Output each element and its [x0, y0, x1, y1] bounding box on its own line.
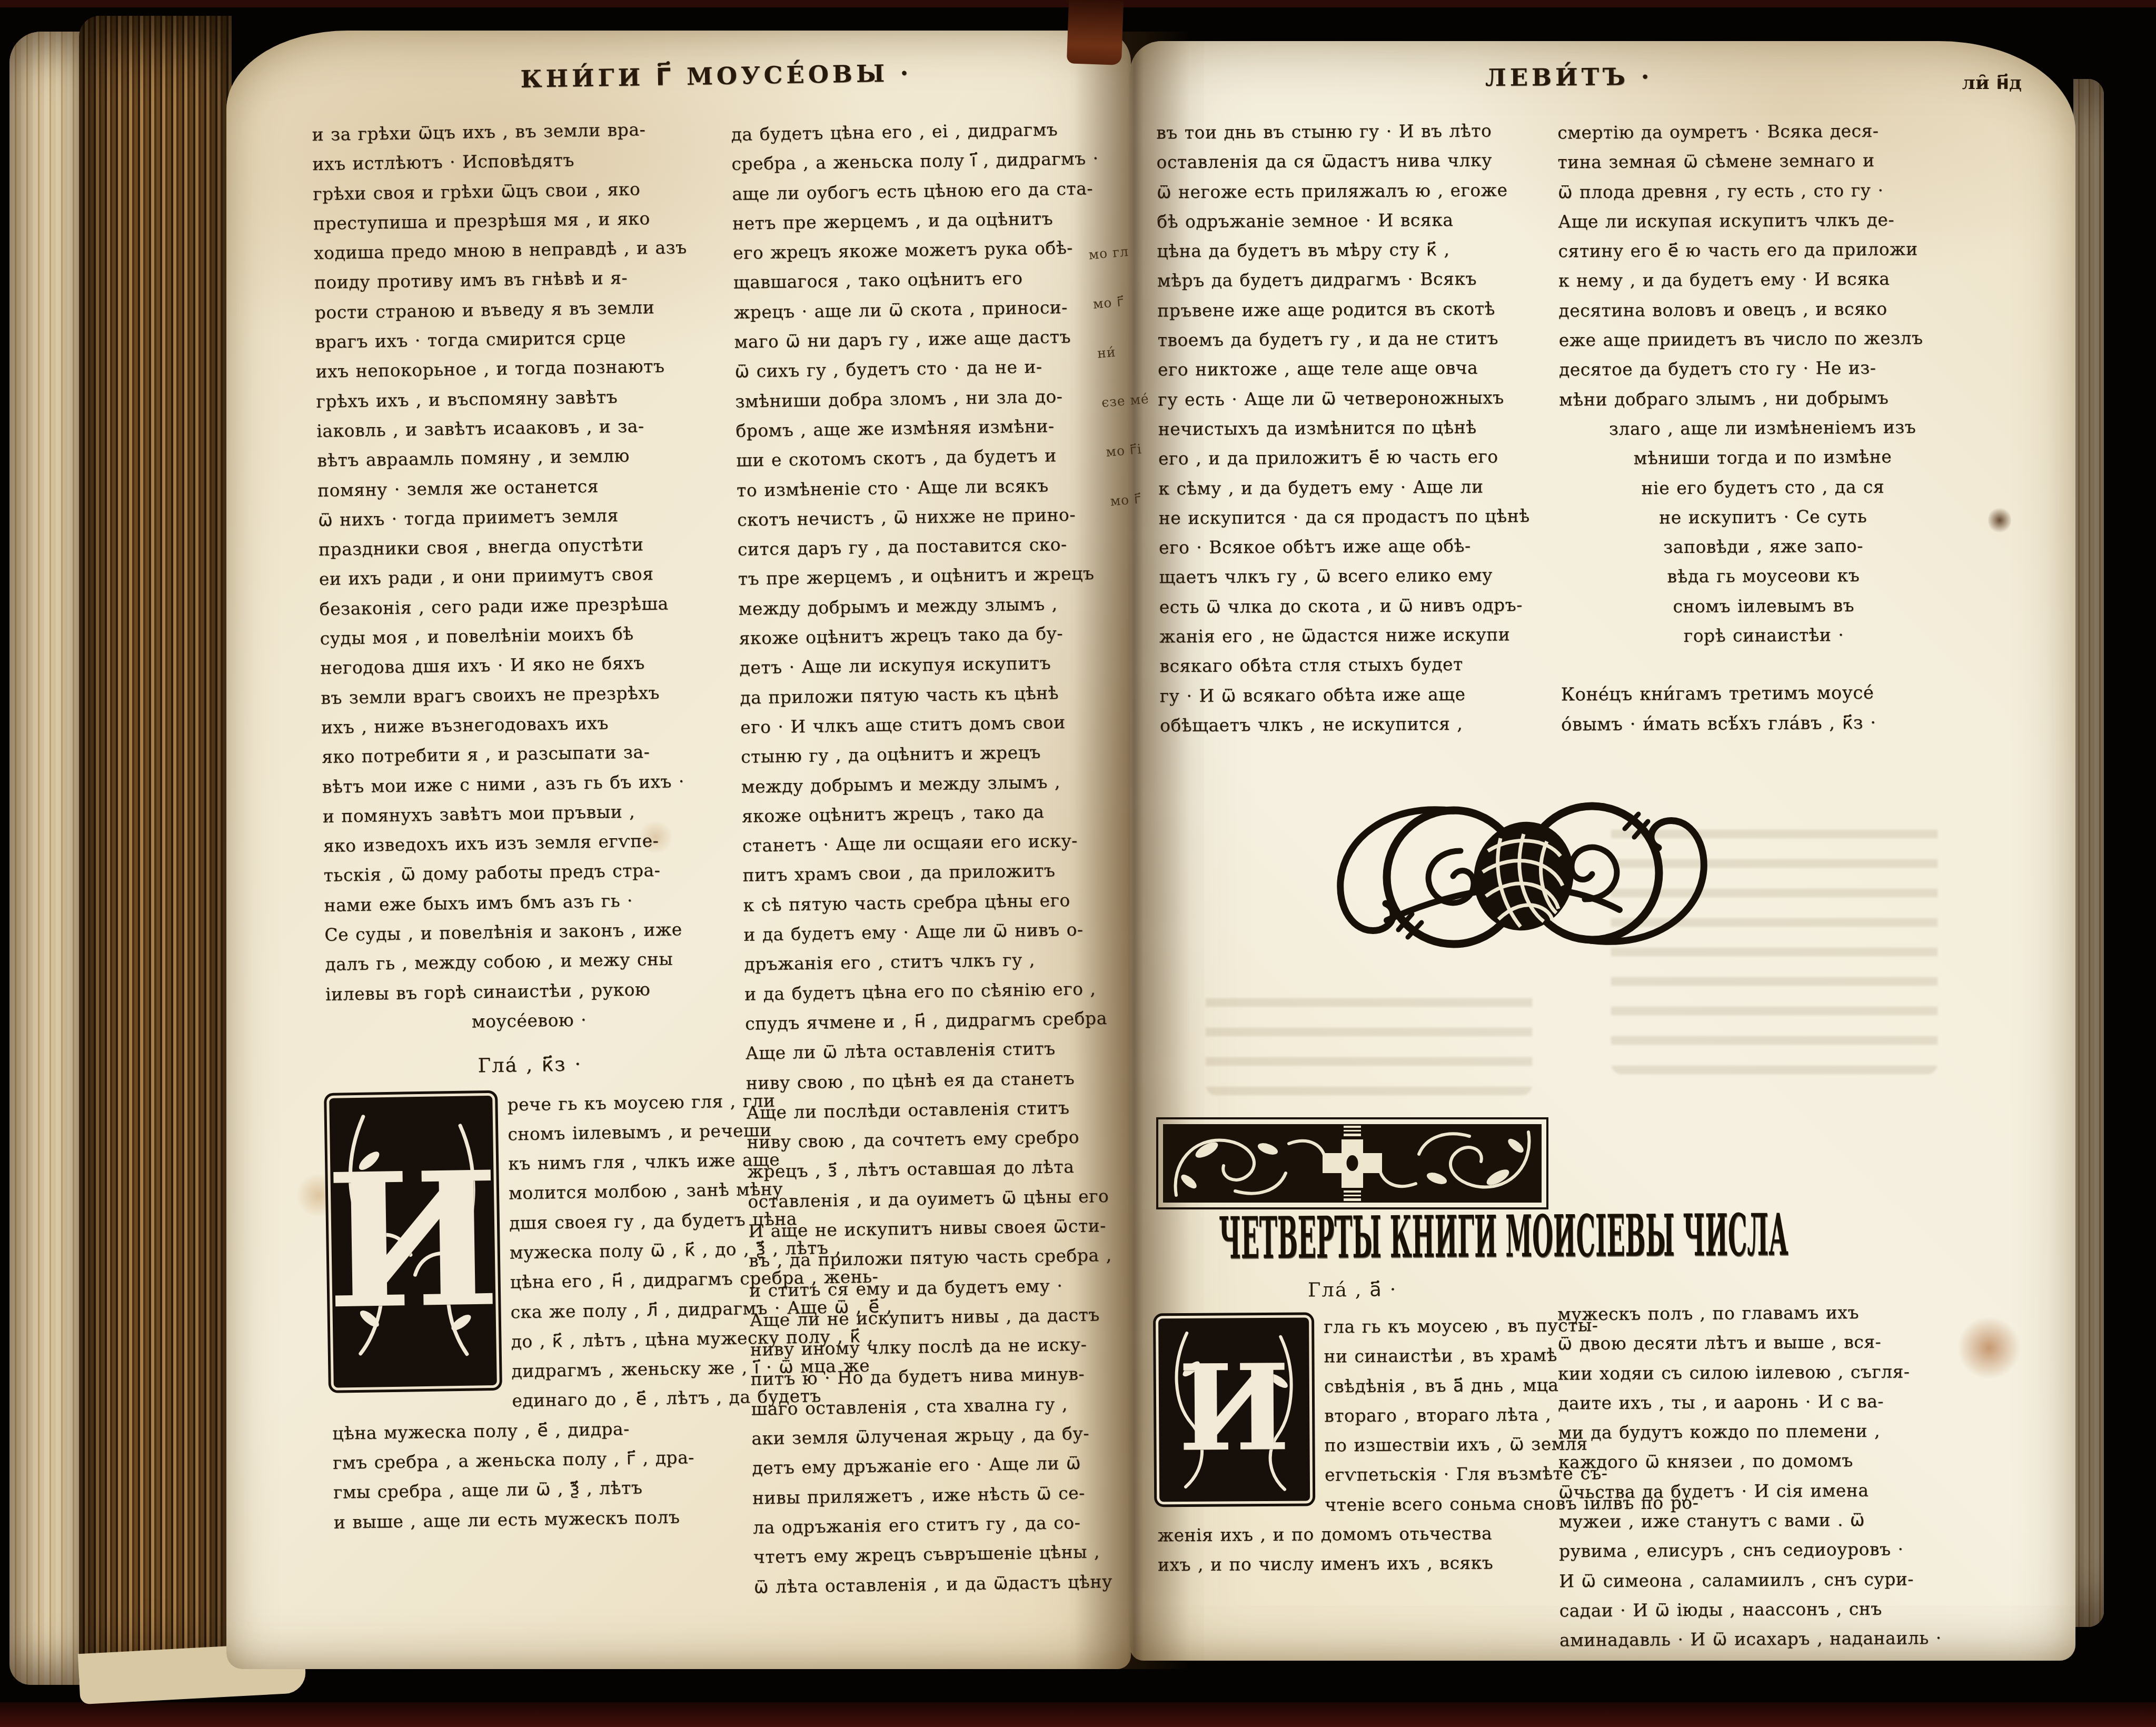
running-header-right: ЛЕВИ́ТЪ ·	[1369, 62, 1769, 93]
text-line: щаетъ члкъ гу , ѿ всего елико ему	[1159, 560, 1549, 592]
text-line: ѿчьства да будетъ · И сія имена	[1558, 1475, 1965, 1507]
text-line: скотъ нечистъ , ѿ нихже не прино-	[737, 499, 1128, 535]
text-line: аминадавль · И ѿ исахаръ , наданаиль ·	[1559, 1623, 1966, 1655]
text-line: ѿ негоже есть приляжалъ ю , егоже	[1157, 175, 1547, 207]
text-line: мѣни добраго злымъ , ни добрымъ	[1559, 382, 1965, 414]
text-line: ніе его будетъ сто , да ся	[1559, 471, 1966, 503]
numbers-book-title: ЧЕТВЕРТЫ КНИГИ МОИСІЕВЫ ЧИСЛА	[1156, 1219, 1548, 1257]
text-line: о́вымъ · и́мать всѣ́хъ гла́въ , к҃з ·	[1561, 708, 1968, 740]
right-page-stack-edge	[2073, 79, 2104, 1627]
text-line: мужескъ полъ , по главамъ ихъ	[1557, 1297, 1964, 1329]
text-line: не искупитъ · Се суть	[1559, 501, 1966, 533]
leviticus-colophon: Коне́цъ кни́гамъ третимъ моусе́о́вымъ · …	[1561, 678, 1968, 740]
text-line: к нему , и да будетъ ему · И всяка	[1558, 264, 1965, 296]
headpiece-band-icon	[1156, 1117, 1548, 1209]
column-1-leviticus-27: И рече гь къ моусею гля , глисномъ іилев…	[327, 1086, 740, 1537]
text-line: гу · И ѿ всякаго обѣта иже аще	[1160, 679, 1551, 711]
show-through-text	[1206, 985, 1532, 1095]
text-line: смертію да оумретъ · Всяка деся-	[1557, 116, 1964, 148]
column-3-leviticus-27: въ тои днь въ стыню гу · И въ лѣтооставл…	[1156, 116, 1551, 741]
text-line: въ , да приложи пятую часть сребра ,	[749, 1240, 1140, 1276]
folio-number: ли̑ н҃д	[1895, 72, 2022, 94]
text-column-2: да будетъ цѣна его , еі , дидрагмъсребра…	[731, 114, 1145, 1602]
text-line: горѣ синаистѣи ·	[1561, 620, 1967, 652]
leviticus-ending-taper: злаго , аще ли измѣненіемъ изъмѣниши тог…	[1559, 412, 1967, 652]
drop-cap-initial-leviticus: И	[329, 1095, 497, 1387]
text-line: вѣда гь моусеови къ	[1560, 560, 1966, 592]
column-3-numbers-1: И гла гь къ моусею , въ пусты-ни синаист…	[1156, 1311, 1548, 1580]
text-line: его · Всякое обѣтъ иже аще обѣ-	[1159, 531, 1549, 563]
stain	[1988, 507, 2011, 534]
text-line: десятина воловъ и овецъ , и всяко	[1558, 293, 1965, 325]
stain	[1958, 1316, 2021, 1379]
column-4-numbers-1: мужескъ полъ , по главамъ ихъѿ двою деся…	[1557, 1297, 1966, 1655]
text-line: ѿ плода древня , гу есть , сто гу ·	[1558, 175, 1964, 207]
text-line: мѣръ да будетъ дидрагмъ · Всякъ	[1157, 264, 1548, 296]
text-line: И ѿ симеона , саламиилъ , снъ сури-	[1559, 1564, 1965, 1596]
text-line: кии ходяи съ силою іилевою , съгля-	[1558, 1356, 1964, 1388]
text-line: ихъ , и по числу именъ ихъ , всякъ	[1158, 1548, 1548, 1580]
column-2-leviticus-27: да будетъ цѣна его , еі , дидрагмъсребра…	[731, 114, 1145, 1602]
fore-edge-outer-pages	[9, 32, 88, 1685]
text-line: женія ихъ , и по домомъ отьчества	[1157, 1518, 1548, 1551]
text-line: ѿ двою десяти лѣтъ и выше , вся-	[1557, 1327, 1964, 1359]
text-line: заповѣди , яже запо-	[1560, 531, 1966, 563]
text-line: сномъ іилевымъ въ	[1561, 590, 1967, 622]
chapter-heading-27: Гла́ , к҃з ·	[326, 1047, 733, 1083]
text-line: его , и да приложитъ е҃ ю часть его	[1158, 442, 1549, 474]
fore-edge-page-stack	[79, 16, 232, 1693]
text-line: садаи · И ѿ іюды , наассонъ , снъ	[1559, 1594, 1965, 1626]
text-line: есть ѿ члка до скота , и ѿ нивъ одръ-	[1159, 590, 1550, 622]
text-line: гу есть · Аще ли ѿ четвероножныхъ	[1158, 382, 1548, 414]
text-line: спудъ ячмене и , н҃ , дидрагмъ сребра	[745, 1003, 1136, 1039]
text-line: мужеи , иже станутъ с вами . ѿ	[1558, 1505, 1965, 1537]
text-line: каждого ѿ князеи , по домомъ	[1558, 1445, 1965, 1477]
column-4-leviticus-27: смертію да оумретъ · Всяка деся-тина зем…	[1557, 116, 1965, 415]
text-line: не искупится · да ся продастъ по цѣнѣ	[1158, 501, 1549, 533]
text-line: десятое да будетъ сто гу · Не из-	[1559, 353, 1965, 385]
text-line: нечистыхъ да измѣнится по цѣнѣ	[1158, 412, 1548, 444]
text-line: всякаго обѣта стля стыхъ будет	[1159, 649, 1550, 681]
text-line: ѿ лѣта оставленія , и да ѿдастъ цѣну	[753, 1566, 1145, 1602]
text-line: мѣниши тогда и по измѣне	[1559, 442, 1966, 474]
text-line: въ тои днь въ стыню гу · И въ лѣто	[1156, 116, 1547, 148]
text-line: оставленія да ся ѿдастъ нива члку	[1156, 145, 1547, 177]
text-column-1: и за грѣхи ѿцъ ихъ , въ земли вра-ихъ ис…	[312, 114, 740, 1537]
knot-ornament-icon	[1325, 789, 1725, 962]
table-surface-bottom	[0, 1702, 2156, 1727]
text-column-4: смертію да оумретъ · Всяка деся-тина зем…	[1557, 116, 1968, 740]
text-line: тъ пре жерцемъ , и оцѣнитъ и жрецъ	[738, 559, 1129, 594]
photo-of-open-old-book: { "colors":{"paper":"#f1e8d1","ink":"#27…	[0, 0, 2156, 1727]
text-line: аще ли оубогъ есть цѣною его да ста-	[732, 173, 1123, 209]
column-4-numbers-text: мужескъ полъ , по главамъ ихъѿ двою деся…	[1557, 1297, 1966, 1655]
text-line: бѣ одръжаніе земное · И всяка	[1157, 205, 1547, 237]
vyaz-title-text: ЧЕТВЕРТЫ КНИГИ МОИСІЕВЫ ЧИСЛА	[1219, 1202, 1789, 1273]
text-line: обѣщаетъ члкъ , не искупится ,	[1160, 709, 1551, 741]
text-line: еже аще приидетъ въ число по жезлъ	[1558, 323, 1965, 355]
text-line: к сѣму , и да будетъ ему · Аще ли	[1158, 471, 1549, 503]
text-line: питъ ю · Но да будетъ нива минув-	[750, 1358, 1141, 1394]
text-line: цѣна да будетъ въ мѣру сту к҃ ,	[1157, 234, 1547, 266]
text-line: нивы приляжетъ , иже нѣсть ѿ се-	[752, 1477, 1144, 1513]
text-line: сятину его е҃ ю часть его да приложи	[1558, 234, 1964, 266]
chapter-heading-numbers-1: Гла́ , а҃ ·	[1156, 1277, 1548, 1303]
text-line: твоемъ да будетъ гу , и да не ститъ	[1157, 323, 1548, 355]
text-column-3: въ тои днь въ стыню гу · И въ лѣтооставл…	[1156, 116, 1551, 741]
text-line: даите ихъ , ты , и ааронь · И с ва-	[1558, 1386, 1964, 1418]
text-line: рувима , елисуръ , снъ седиоуровъ ·	[1559, 1534, 1965, 1566]
text-line: жанія его , не ѿдастся ниже искупи	[1159, 620, 1550, 652]
text-line: Коне́цъ кни́гамъ третимъ моусе́	[1561, 678, 1968, 710]
text-line: Аще ли искупая искупитъ члкъ де-	[1558, 205, 1964, 237]
drop-cap-initial-numbers: И	[1158, 1317, 1310, 1502]
text-line: пръвене иже аще родится въ скотѣ	[1157, 294, 1548, 326]
right-page-header: ЛЕВИ́ТЪ ·	[1369, 62, 1769, 93]
text-line: его никтоже , аще теле аще овча	[1158, 353, 1548, 385]
text-line: злаго , аще ли измѣненіемъ изъ	[1559, 412, 1965, 444]
column-1-leviticus-26: и за грѣхи ѿцъ ихъ , въ земли вра-ихъ ис…	[312, 114, 732, 1009]
text-line: ми да будутъ кождо по племени ,	[1558, 1416, 1964, 1448]
headpiece-ornament	[1156, 1117, 1548, 1212]
text-line: тина земная ѿ сѣмене земнаго и	[1557, 145, 1964, 177]
tailpiece-knot-ornament	[1325, 789, 1725, 965]
